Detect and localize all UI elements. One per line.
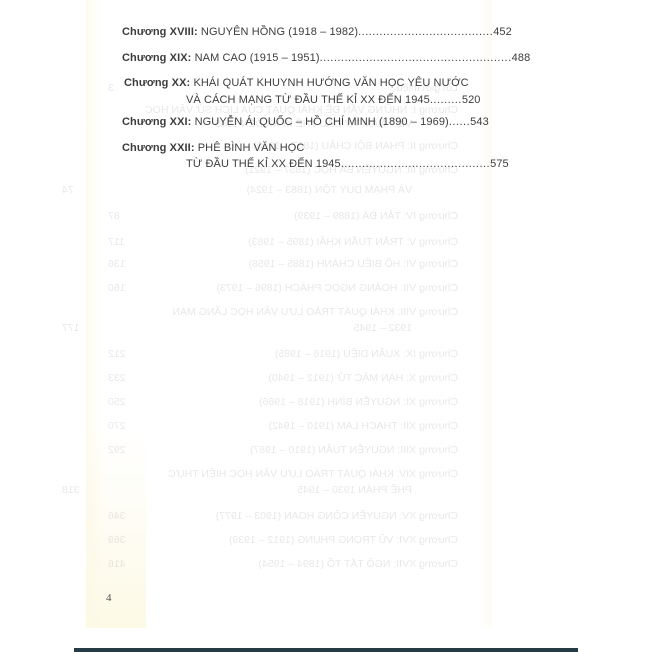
leader-dots: ........................................… — [320, 52, 512, 64]
chapter-title-cont: VÀ CÁCH MẠNG TỪ ĐẦU THẾ KỈ XX ĐẾN 1945 — [186, 94, 430, 106]
page-ref: 543 — [470, 116, 489, 128]
chapter-title: NGUYÊN HỒNG (1918 – 1982) — [201, 26, 358, 38]
chapter-title: NAM CAO (1915 – 1951) — [195, 52, 320, 64]
bleed-line: VÀ PHẠM DUY TỐN (1883 – 1924)74 — [62, 184, 412, 196]
chapter-label: Chương XX: — [124, 77, 190, 89]
bleed-line: Chương XVII: NGÔ TẤT TỐ (1894 – 1954)416 — [108, 558, 458, 570]
chapter-label: Chương XIX: — [122, 52, 191, 64]
bleed-line: 1932 – 1945177 — [62, 322, 412, 334]
bleed-line: PHÊ PHÁN 1930 – 1945318 — [62, 484, 412, 496]
toc-entry-chapter-20: Chương XX: KHÁI QUÁT KHUYNH HƯỚNG VĂN HỌ… — [124, 77, 469, 89]
toc-entry-chapter-21: Chương XXI: NGUYỄN ÁI QUỐC – HỒ CHÍ MINH… — [122, 116, 489, 128]
leader-dots: ........................................… — [341, 158, 490, 170]
chapter-title-cont: TỪ ĐẦU THẾ KỈ XX ĐẾN 1945 — [186, 158, 341, 170]
chapter-label: Chương XVIII: — [122, 26, 198, 38]
bleed-line: Chương VIII: KHÁI QUÁT TRÀO LƯU VĂN HỌC … — [108, 306, 458, 318]
bleed-line: Chương XI: NGUYỄN BÍNH (1918 – 1966)250 — [108, 396, 458, 408]
leader-dots: ...................................... — [358, 26, 493, 38]
page-ref: 575 — [490, 158, 509, 170]
bleed-line: Chương XV: NGUYỄN CÔNG HOAN (1903 – 1977… — [108, 510, 458, 522]
chapter-label: Chương XXII: — [122, 142, 195, 154]
chapter-title: NGUYỄN ÁI QUỐC – HỒ CHÍ MINH (1890 – 196… — [195, 116, 449, 128]
toc-entry-chapter-19: Chương XIX: NAM CAO (1915 – 1951).......… — [122, 52, 530, 64]
chapter-title: PHÊ BÌNH VĂN HỌC — [198, 142, 305, 154]
bottom-bar — [74, 648, 578, 652]
page-ref: 520 — [462, 94, 481, 106]
bleed-line: Chương XIV: KHÁI QUÁT TRÀO LƯU VĂN HỌC H… — [108, 468, 458, 480]
toc-entry-chapter-22-line2: TỪ ĐẦU THẾ KỈ XX ĐẾN 1945...............… — [186, 158, 509, 170]
bleed-line: Chương IV: TẢN ĐÀ (1889 – 1939)87 — [108, 210, 458, 222]
chapter-label: Chương XXI: — [122, 116, 191, 128]
page-ref: 488 — [512, 52, 531, 64]
chapter-title: KHÁI QUÁT KHUYNH HƯỚNG VĂN HỌC YÊU NƯỚC — [193, 77, 468, 89]
page-ref: 452 — [493, 26, 512, 38]
toc-entry-chapter-22: Chương XXII: PHÊ BÌNH VĂN HỌC — [122, 142, 304, 154]
bleed-line: Chương XII: THẠCH LAM (1910 – 1942)270 — [108, 420, 458, 432]
bleed-line: Chương X: HÀN MẶC TỬ (1912 – 1940)233 — [108, 372, 458, 384]
leader-dots: ...... — [449, 116, 470, 128]
bleed-line: Chương VI: HỒ BIỂU CHÁNH (1885 – 1958)13… — [108, 258, 458, 270]
bleed-line: Chương VII: HOÀNG NGỌC PHÁCH (1896 – 197… — [108, 282, 458, 294]
bleed-line: Chương XVI: VŨ TRỌNG PHỤNG (1912 – 1939)… — [108, 534, 458, 546]
bleed-line: Chương XIII: NGUYỄN TUÂN (1910 – 1987)29… — [108, 444, 458, 456]
leader-dots: ......... — [430, 94, 462, 106]
toc-entry-chapter-18: Chương XVIII: NGUYÊN HỒNG (1918 – 1982).… — [122, 26, 512, 38]
toc-entry-chapter-20-line2: VÀ CÁCH MẠNG TỪ ĐẦU THẾ KỈ XX ĐẾN 1945..… — [186, 94, 481, 106]
page-number: 4 — [106, 592, 112, 604]
bleed-line: Chương V: TRẦN TUẤN KHẢI (1895 – 1983)11… — [108, 236, 458, 248]
bleed-line: Chương IX: XUÂN DIỆU (1916 – 1985)212 — [108, 348, 458, 360]
